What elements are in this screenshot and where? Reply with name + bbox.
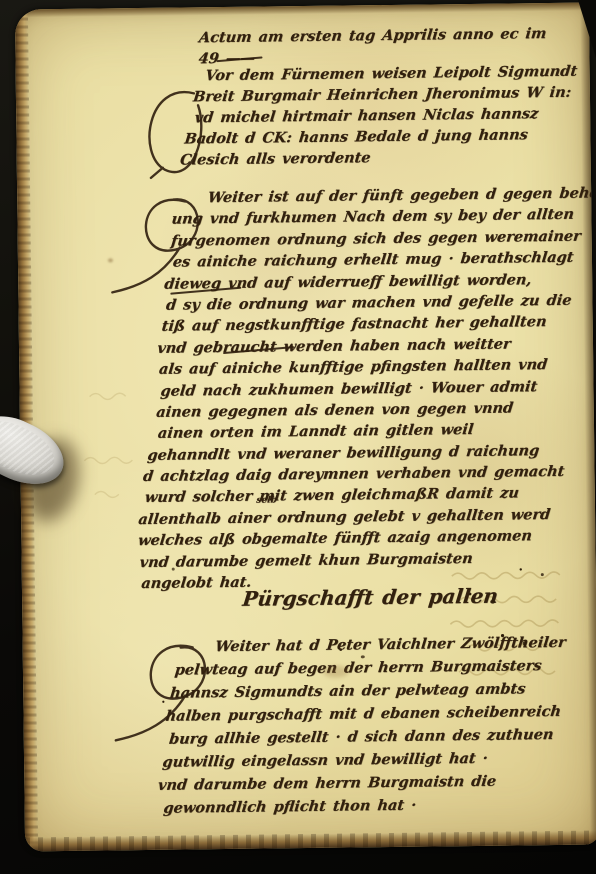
stain (108, 258, 113, 262)
deckle-edge-bottom (25, 830, 596, 851)
photograph-stage: Actum am ersten tag Apprilis anno ec im … (0, 0, 596, 874)
manuscript-line: burg allhie gestellt · d sich dann des z… (168, 723, 560, 751)
interlinear-insertion: selb (256, 495, 278, 505)
manuscript-line: gewonndlich pflicht thon hat · (162, 792, 552, 820)
manuscript-line: Actum am ersten tag Apprilis anno ec im (198, 23, 548, 48)
paragraph-main-entry: Weiter ist auf der fünft gegeben d gegen… (130, 182, 596, 594)
paragraph-officials: Vor dem Fürnemen weisen Leipolt Sigmundt… (179, 61, 578, 171)
section-heading: Pürgschafft der pallen (241, 584, 499, 611)
manuscript-line: Clesich alls verordente (179, 145, 569, 171)
manuscript-page: Actum am ersten tag Apprilis anno ec im … (15, 3, 596, 852)
paragraph-surety-entry: Weiter hat d Peter Vaichlner Zwölfftheil… (154, 631, 570, 820)
bleedthrough-left-margin (84, 393, 133, 498)
deckle-edge-top (15, 3, 589, 18)
